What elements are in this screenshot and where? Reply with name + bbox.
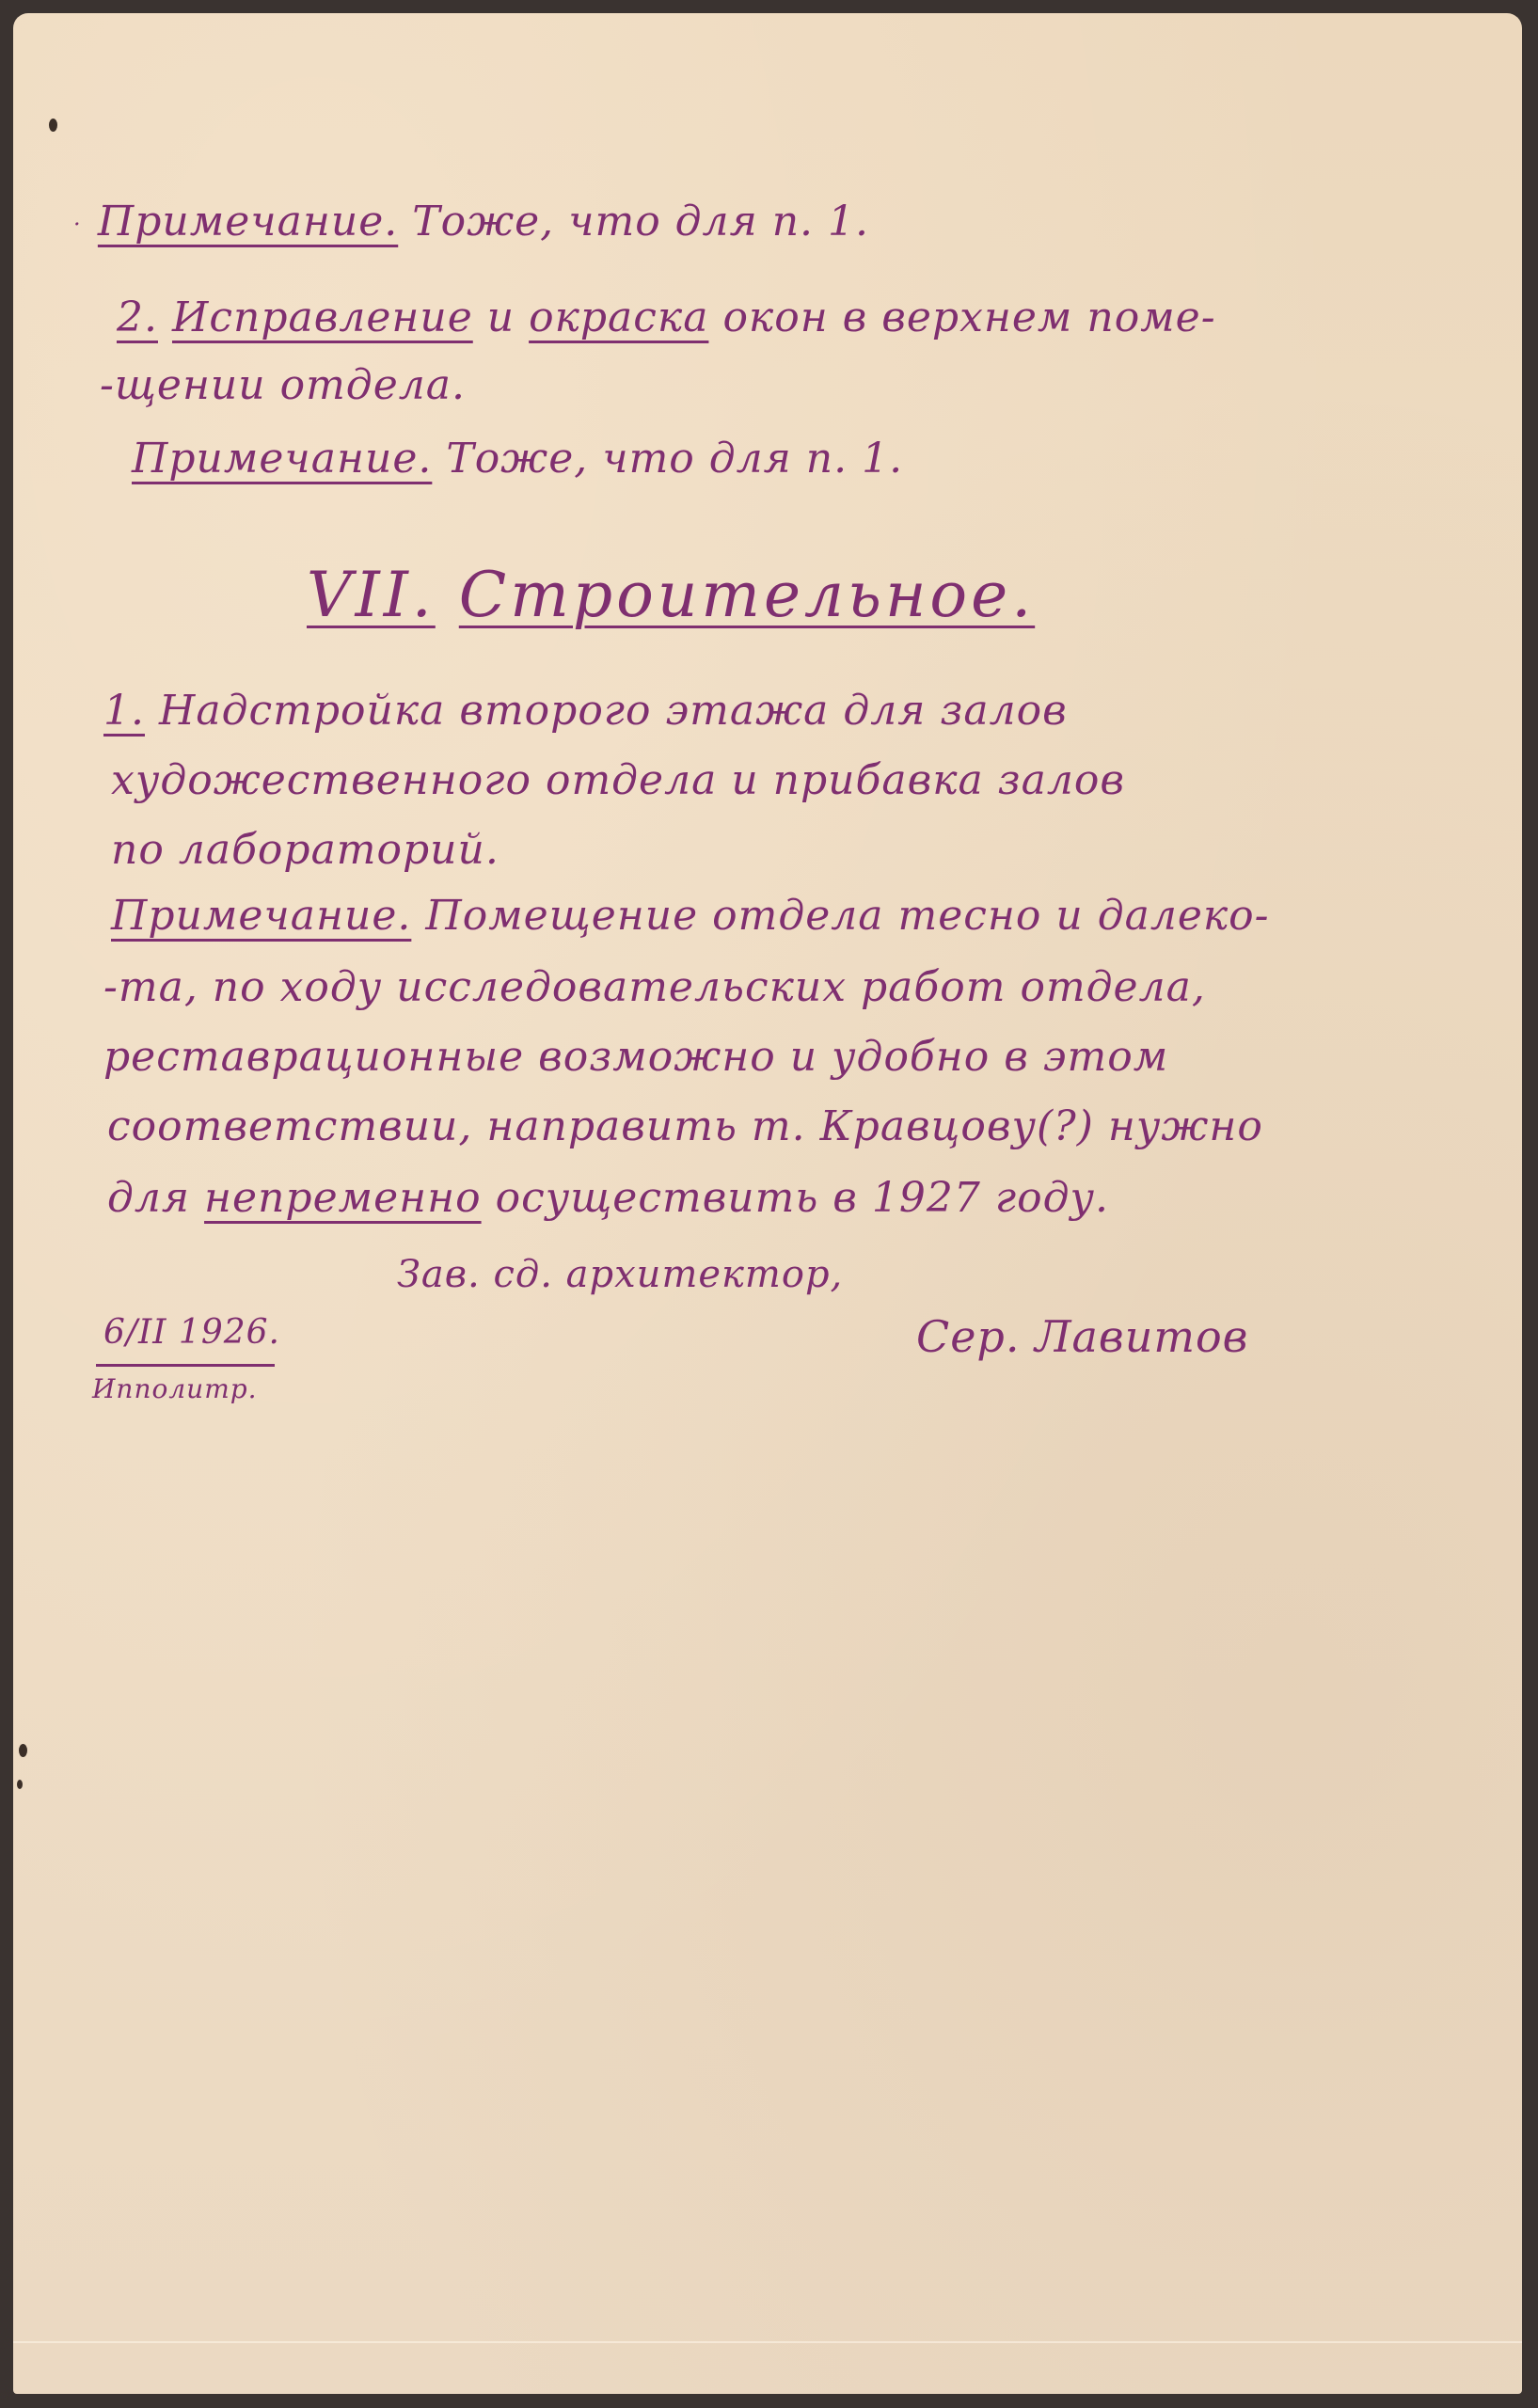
note-1-label: Примечание. <box>98 198 398 246</box>
section-heading: VII. Строительное. <box>307 559 1035 631</box>
section-number: VII. <box>307 559 436 631</box>
item-1-line-3: по лабораторий. <box>111 826 499 874</box>
document-date: 6/II 1926. <box>103 1313 280 1352</box>
item-2-word-okraska: окраска <box>529 293 708 341</box>
item-2-line-2: -щении отдела. <box>100 361 466 409</box>
item-2-number: 2. <box>117 293 158 341</box>
note-2-line: Примечание. Тоже, что для п. 1. <box>132 435 903 483</box>
note-3-word-nepremenno: непременно <box>204 1174 482 1222</box>
item-1-text-1: Надстройка второго этажа для залов <box>159 687 1068 735</box>
note-2-label: Примечание. <box>132 435 432 483</box>
note-3-line-1: Примечание. Помещение отдела тесно и дал… <box>111 892 1270 940</box>
item-1-line-2: художественного отдела и прибавка залов <box>111 756 1125 804</box>
note-3-line-3: реставрационные возможно и удобно в этом <box>103 1033 1168 1081</box>
date-rule <box>96 1364 275 1367</box>
clerk-mark: Ипполитр. <box>92 1373 258 1404</box>
note-1-line: · Примечание. Тоже, что для п. 1. <box>73 198 869 246</box>
item-2-word-ispravlenie: Исправление <box>172 293 473 341</box>
note-1-text: Тоже, что для п. 1. <box>412 198 869 246</box>
item-2-line-1-rest: окон в верхнем поме- <box>722 293 1215 341</box>
note-3-text-5b: осуществить в 1927 году. <box>496 1174 1109 1222</box>
note-3-line-4: соответствии, направить т. Кравцову(?) н… <box>107 1102 1263 1150</box>
note-3-label: Примечание. <box>111 892 411 940</box>
document-page: · Примечание. Тоже, что для п. 1. 2. Исп… <box>13 13 1522 2394</box>
item-2-word-i: и <box>487 293 515 341</box>
item-1-line-1: 1. Надстройка второго этажа для залов <box>103 687 1068 735</box>
item-1-number: 1. <box>103 687 145 735</box>
note-3-line-5: для непременно осуществить в 1927 году. <box>107 1174 1109 1222</box>
item-2-line-1: 2. Исправление и окраска окон в верхнем … <box>117 293 1216 341</box>
note-3-line-2: -та, по ходу исследовательских работ отд… <box>103 963 1206 1011</box>
signature-name: Сер. Лавитов <box>916 1311 1248 1362</box>
note-2-text: Тоже, что для п. 1. <box>446 435 903 483</box>
paper-fold-line <box>13 2341 1522 2343</box>
paper-spot <box>49 119 57 132</box>
signature-title: Зав. сд. архитектор, <box>397 1253 843 1296</box>
note-3-text-1: Помещение отдела тесно и далеко- <box>425 892 1269 940</box>
section-title: Строительное. <box>459 559 1035 631</box>
binding-hole <box>19 1744 27 1757</box>
binding-hole <box>17 1780 23 1789</box>
note-3-text-5a: для <box>107 1174 190 1222</box>
